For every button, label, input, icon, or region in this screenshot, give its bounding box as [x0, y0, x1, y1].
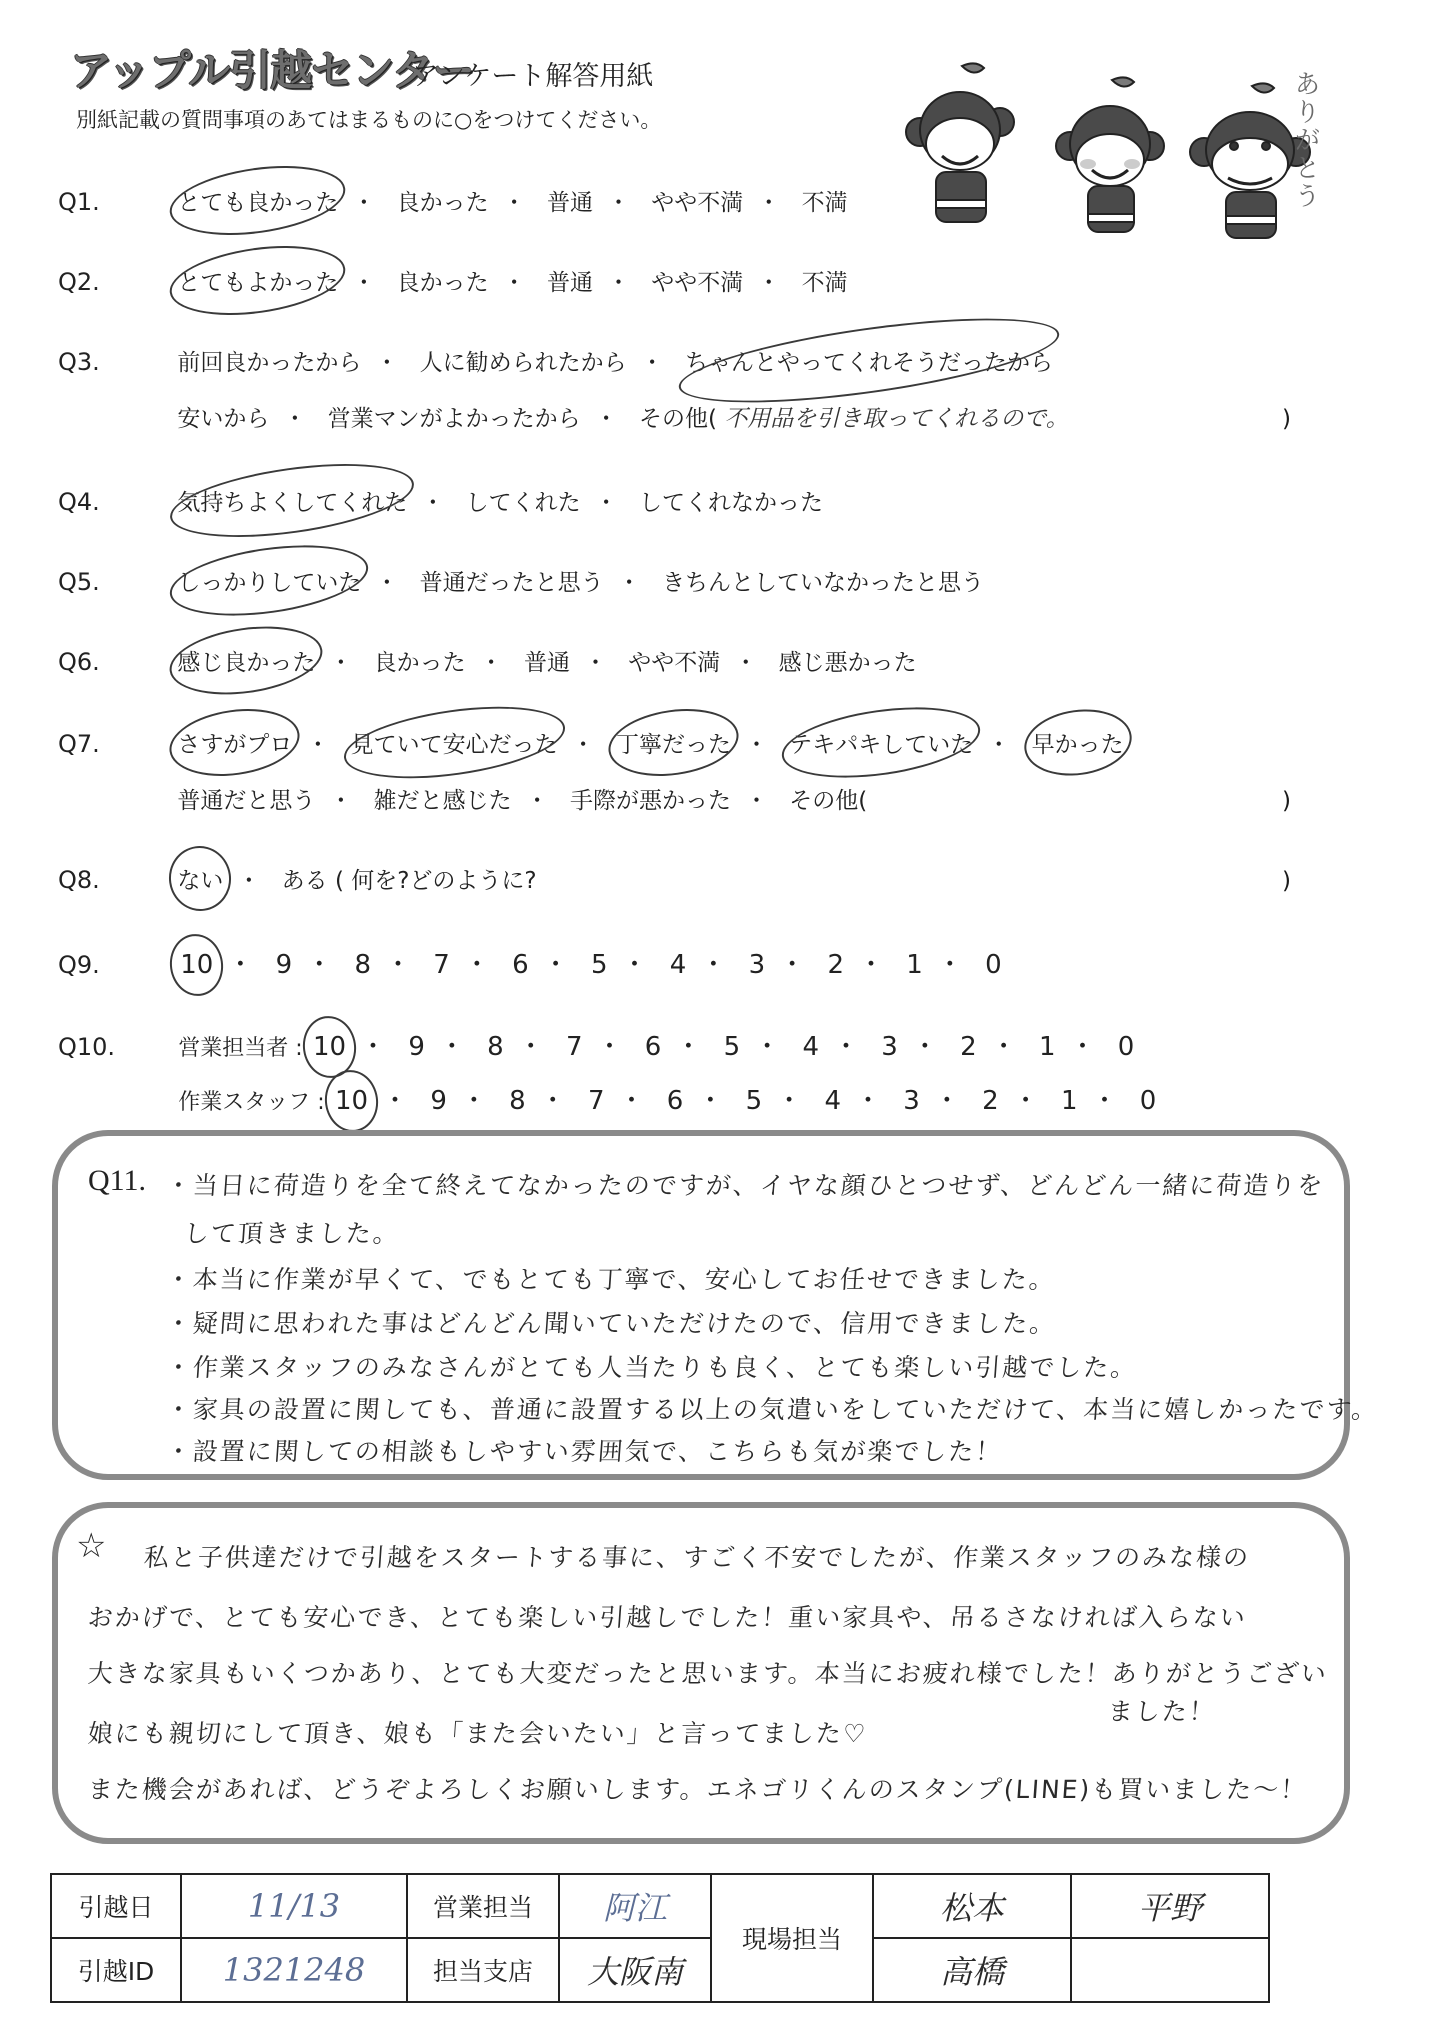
option[interactable]: 不満 — [802, 264, 848, 297]
close-paren: ) — [1282, 868, 1291, 894]
score[interactable]: 0 — [983, 950, 1004, 980]
score[interactable]: 3 — [747, 950, 768, 980]
question-q3: Q3. 前回良かったから・ 人に勧められたから・ ちゃんとやってくれそうだったか… — [58, 344, 1053, 377]
option[interactable]: 手際が悪かった — [570, 782, 731, 815]
option[interactable]: 感じ悪かった — [779, 644, 917, 677]
instructions: 別紙記載の質問事項のあてはまるものに○をつけてください。 — [76, 104, 661, 134]
score[interactable]: 2 — [825, 950, 846, 980]
question-number: Q2. — [58, 268, 170, 296]
comment-line: ・作業スタッフのみなさんがとても人当たりも良く、とても楽しい引越でした。 — [165, 1348, 1139, 1384]
score[interactable]: 1 — [1059, 1086, 1080, 1116]
score[interactable]: 8 — [507, 1086, 528, 1116]
form-title: アンケート解答用紙 — [412, 54, 653, 93]
question-q7: Q7. さすがプロ・ 見ていて安心だった・ 丁寧だった・ テキパキしていた・ 早… — [58, 726, 1124, 759]
score[interactable]: 4 — [668, 950, 689, 980]
question-q1: Q1. とても良かった・ 良かった・ 普通・ やや不満・ 不満 — [58, 184, 848, 217]
option[interactable]: ある — [282, 862, 328, 895]
free-comment-box[interactable]: ☆ 私と子供達だけで引越をスタートする事に、すごく不安でしたが、作業スタッフのみ… — [52, 1502, 1350, 1844]
question-q8: Q8. ない・ ある ( 何を?どのように? — [58, 862, 537, 895]
option[interactable]: 普通だったと思う — [420, 564, 604, 597]
question-q9: Q9. 10・ 9・ 8・ 7・ 6・ 5・ 4・ 3・ 2・ 1・ 0 — [58, 944, 1004, 981]
site-rep-value[interactable] — [1071, 1938, 1269, 2002]
option-selected[interactable]: ない — [177, 862, 223, 895]
option-selected[interactable]: ちゃんとやってくれそうだったから — [685, 344, 1053, 377]
option-other[interactable]: その他( — [639, 400, 717, 433]
question-number: Q7. — [58, 730, 170, 758]
question-q7-line2: 普通だと思う・ 雑だと感じた・ 手際が悪かった・ その他( — [58, 782, 867, 815]
score[interactable]: 6 — [665, 1086, 686, 1116]
option[interactable]: 前回良かったから — [177, 344, 361, 377]
question-q3-line2: 安いから・ 営業マンがよかったから・ その他( 不用品を引き取ってくれるので。 — [58, 400, 1069, 433]
option[interactable]: やや不満 — [651, 264, 743, 297]
q11-label: Q11. — [88, 1164, 146, 1198]
question-number: Q4. — [58, 488, 170, 516]
option[interactable]: 営業マンがよかったから — [328, 400, 581, 433]
comment-line: 娘にも親切にして頂き、娘も「また会いたい」と言ってました♡ — [87, 1714, 869, 1750]
rating-label: 作業スタッフ : — [178, 1090, 324, 1115]
option[interactable]: 普通だと思う — [177, 782, 315, 815]
option[interactable]: 人に勧められたから — [420, 344, 627, 377]
option[interactable]: 良かった — [374, 644, 466, 677]
score-selected[interactable]: 10 — [311, 1032, 348, 1062]
other-answer[interactable]: 不用品を引き取ってくれるので。 — [724, 406, 1069, 432]
score[interactable]: 7 — [564, 1032, 585, 1062]
score[interactable]: 6 — [510, 950, 531, 980]
comment-line: 大きな家具もいくつかあり、とても大変だったと思います。本当にお疲れ様でした！あり… — [87, 1654, 1330, 1690]
mascot-caption: ありがとう — [1288, 70, 1324, 210]
comment-line: ・設置に関しての相談もしやすい雰囲気で、こちらも気が楽でした！ — [165, 1432, 1004, 1468]
comment-line: して頂きました。 — [183, 1214, 402, 1250]
branch-label: 担当支店 — [407, 1938, 559, 2002]
option-selected[interactable]: 感じ良かった — [177, 644, 315, 677]
close-paren: ) — [1282, 788, 1291, 814]
question-number: Q10. — [58, 1033, 170, 1061]
score[interactable]: 2 — [980, 1086, 1001, 1116]
score[interactable]: 3 — [879, 1032, 900, 1062]
score[interactable]: 9 — [274, 950, 295, 980]
option[interactable]: してくれなかった — [639, 484, 823, 517]
score[interactable]: 4 — [800, 1032, 821, 1062]
option-selected[interactable]: 丁寧だった — [616, 726, 731, 759]
option-selected[interactable]: 見ていて安心だった — [351, 726, 558, 759]
question-q6: Q6. 感じ良かった・ 良かった・ 普通・ やや不満・ 感じ悪かった — [58, 644, 917, 677]
move-id-value[interactable]: 1321248 — [181, 1938, 407, 2002]
site-rep-value[interactable]: 平野 — [1071, 1874, 1269, 1938]
star-icon: ☆ — [76, 1526, 106, 1566]
detail-label: ( 何を?どのように? — [335, 868, 537, 894]
score[interactable]: 5 — [589, 950, 610, 980]
option-selected[interactable]: しっかりしていた — [177, 564, 361, 597]
option[interactable]: やや不満 — [628, 644, 720, 677]
score-selected[interactable]: 10 — [178, 950, 215, 980]
score[interactable]: 9 — [428, 1086, 449, 1116]
option-selected[interactable]: とてもよかった — [177, 264, 338, 297]
mascot-left-icon — [906, 63, 1014, 222]
question-number: Q8. — [58, 866, 170, 894]
sales-rep-label: 営業担当 — [407, 1874, 559, 1938]
question-q10-staff: 作業スタッフ : 10・ 9・ 8・ 7・ 6・ 5・ 4・ 3・ 2・ 1・ … — [58, 1080, 1158, 1117]
comment-line: ました！ — [1107, 1692, 1218, 1728]
question-q4: Q4. 気持ちよくしてくれた・ してくれた・ してくれなかった — [58, 484, 823, 517]
comment-line: ・当日に荷造りを全て終えてなかったのですが、イヤな顔ひとつせず、どんどん一緒に荷… — [165, 1166, 1326, 1202]
move-date-label: 引越日 — [51, 1874, 181, 1938]
option-selected[interactable]: 気持ちよくしてくれた — [177, 484, 407, 517]
option[interactable]: 普通 — [524, 644, 570, 677]
score[interactable]: 0 — [1138, 1086, 1159, 1116]
comment-line: おかげで、とても安心でき、とても楽しい引越しでした！重い家具や、吊るさなければ入… — [87, 1598, 1249, 1634]
score[interactable]: 0 — [1116, 1032, 1137, 1062]
option[interactable]: 良かった — [397, 264, 489, 297]
site-rep-label: 現場担当 — [711, 1874, 873, 2002]
option[interactable]: 良かった — [397, 184, 489, 217]
option-selected[interactable]: とても良かった — [177, 184, 338, 217]
score[interactable]: 1 — [1037, 1032, 1058, 1062]
score[interactable]: 3 — [901, 1086, 922, 1116]
comment-line: ・家具の設置に関しても、普通に設置する以上の気遣いをしていただけて、本当に嬉しか… — [165, 1390, 1380, 1426]
score[interactable]: 8 — [485, 1032, 506, 1062]
option[interactable]: してくれた — [466, 484, 581, 517]
score[interactable]: 5 — [722, 1032, 743, 1062]
option[interactable]: 雑だと感じた — [374, 782, 512, 815]
move-id-label: 引越ID — [51, 1938, 181, 2002]
score[interactable]: 1 — [904, 950, 925, 980]
score[interactable]: 8 — [352, 950, 373, 980]
mascot-center-icon — [1056, 77, 1164, 232]
question-q10-sales: Q10. 営業担当者 : 10・ 9・ 8・ 7・ 6・ 5・ 4・ 3・ 2・… — [58, 1026, 1136, 1063]
comment-line: 私と子供達だけで引越をスタートする事に、すごく不安でしたが、作業スタッフのみな様… — [143, 1538, 1252, 1574]
option[interactable]: 不満 — [802, 184, 848, 217]
move-info-table: 引越日 11/13 営業担当 阿江 現場担当 松本 平野 引越ID 132124… — [50, 1873, 1270, 2003]
question-q2: Q2. とてもよかった・ 良かった・ 普通・ やや不満・ 不満 — [58, 264, 848, 297]
close-paren: ) — [1282, 406, 1291, 432]
option-selected[interactable]: テキパキしていた — [789, 726, 973, 759]
branch-value[interactable]: 大阪南 — [559, 1938, 711, 2002]
score[interactable]: 7 — [586, 1086, 607, 1116]
mascot-illustration — [900, 60, 1420, 240]
q11-comment-box[interactable]: Q11. ・当日に荷造りを全て終えてなかったのですが、イヤな顔ひとつせず、どんど… — [52, 1130, 1350, 1480]
site-rep-value[interactable]: 高橋 — [873, 1938, 1071, 2002]
score[interactable]: 2 — [958, 1032, 979, 1062]
option[interactable]: 普通 — [547, 184, 593, 217]
score[interactable]: 9 — [406, 1032, 427, 1062]
option-other[interactable]: その他( — [789, 782, 867, 815]
comment-line: ・疑問に思われた事はどんどん聞いていただけたので、信用できました。 — [165, 1304, 1058, 1340]
comment-line: ・本当に作業が早くて、でもとても丁寧で、安心してお任せできました。 — [165, 1260, 1058, 1296]
sales-rep-value[interactable]: 阿江 — [559, 1874, 711, 1938]
comment-line: また機会があれば、どうぞよろしくお願いします。エネゴリくんのスタンプ(LINE)… — [87, 1770, 1309, 1806]
question-q5: Q5. しっかりしていた・ 普通だったと思う・ きちんとしていなかったと思う — [58, 564, 984, 597]
question-number: Q9. — [58, 951, 170, 979]
question-number: Q5. — [58, 568, 170, 596]
move-date-value[interactable]: 11/13 — [181, 1874, 407, 1938]
option-selected[interactable]: さすがプロ — [177, 726, 292, 759]
option[interactable]: 普通 — [547, 264, 593, 297]
score[interactable]: 7 — [431, 950, 452, 980]
rating-label: 営業担当者 : — [178, 1036, 302, 1061]
question-number: Q3. — [58, 348, 170, 376]
score[interactable]: 4 — [822, 1086, 843, 1116]
score-selected[interactable]: 10 — [333, 1086, 370, 1116]
option[interactable]: やや不満 — [651, 184, 743, 217]
site-rep-value[interactable]: 松本 — [873, 1874, 1071, 1938]
option[interactable]: 安いから — [177, 400, 269, 433]
option[interactable]: きちんとしていなかったと思う — [662, 564, 984, 597]
question-number: Q6. — [58, 648, 170, 676]
score[interactable]: 5 — [744, 1086, 765, 1116]
option-selected[interactable]: 早かった — [1032, 726, 1124, 759]
question-number: Q1. — [58, 188, 170, 216]
score[interactable]: 6 — [643, 1032, 664, 1062]
